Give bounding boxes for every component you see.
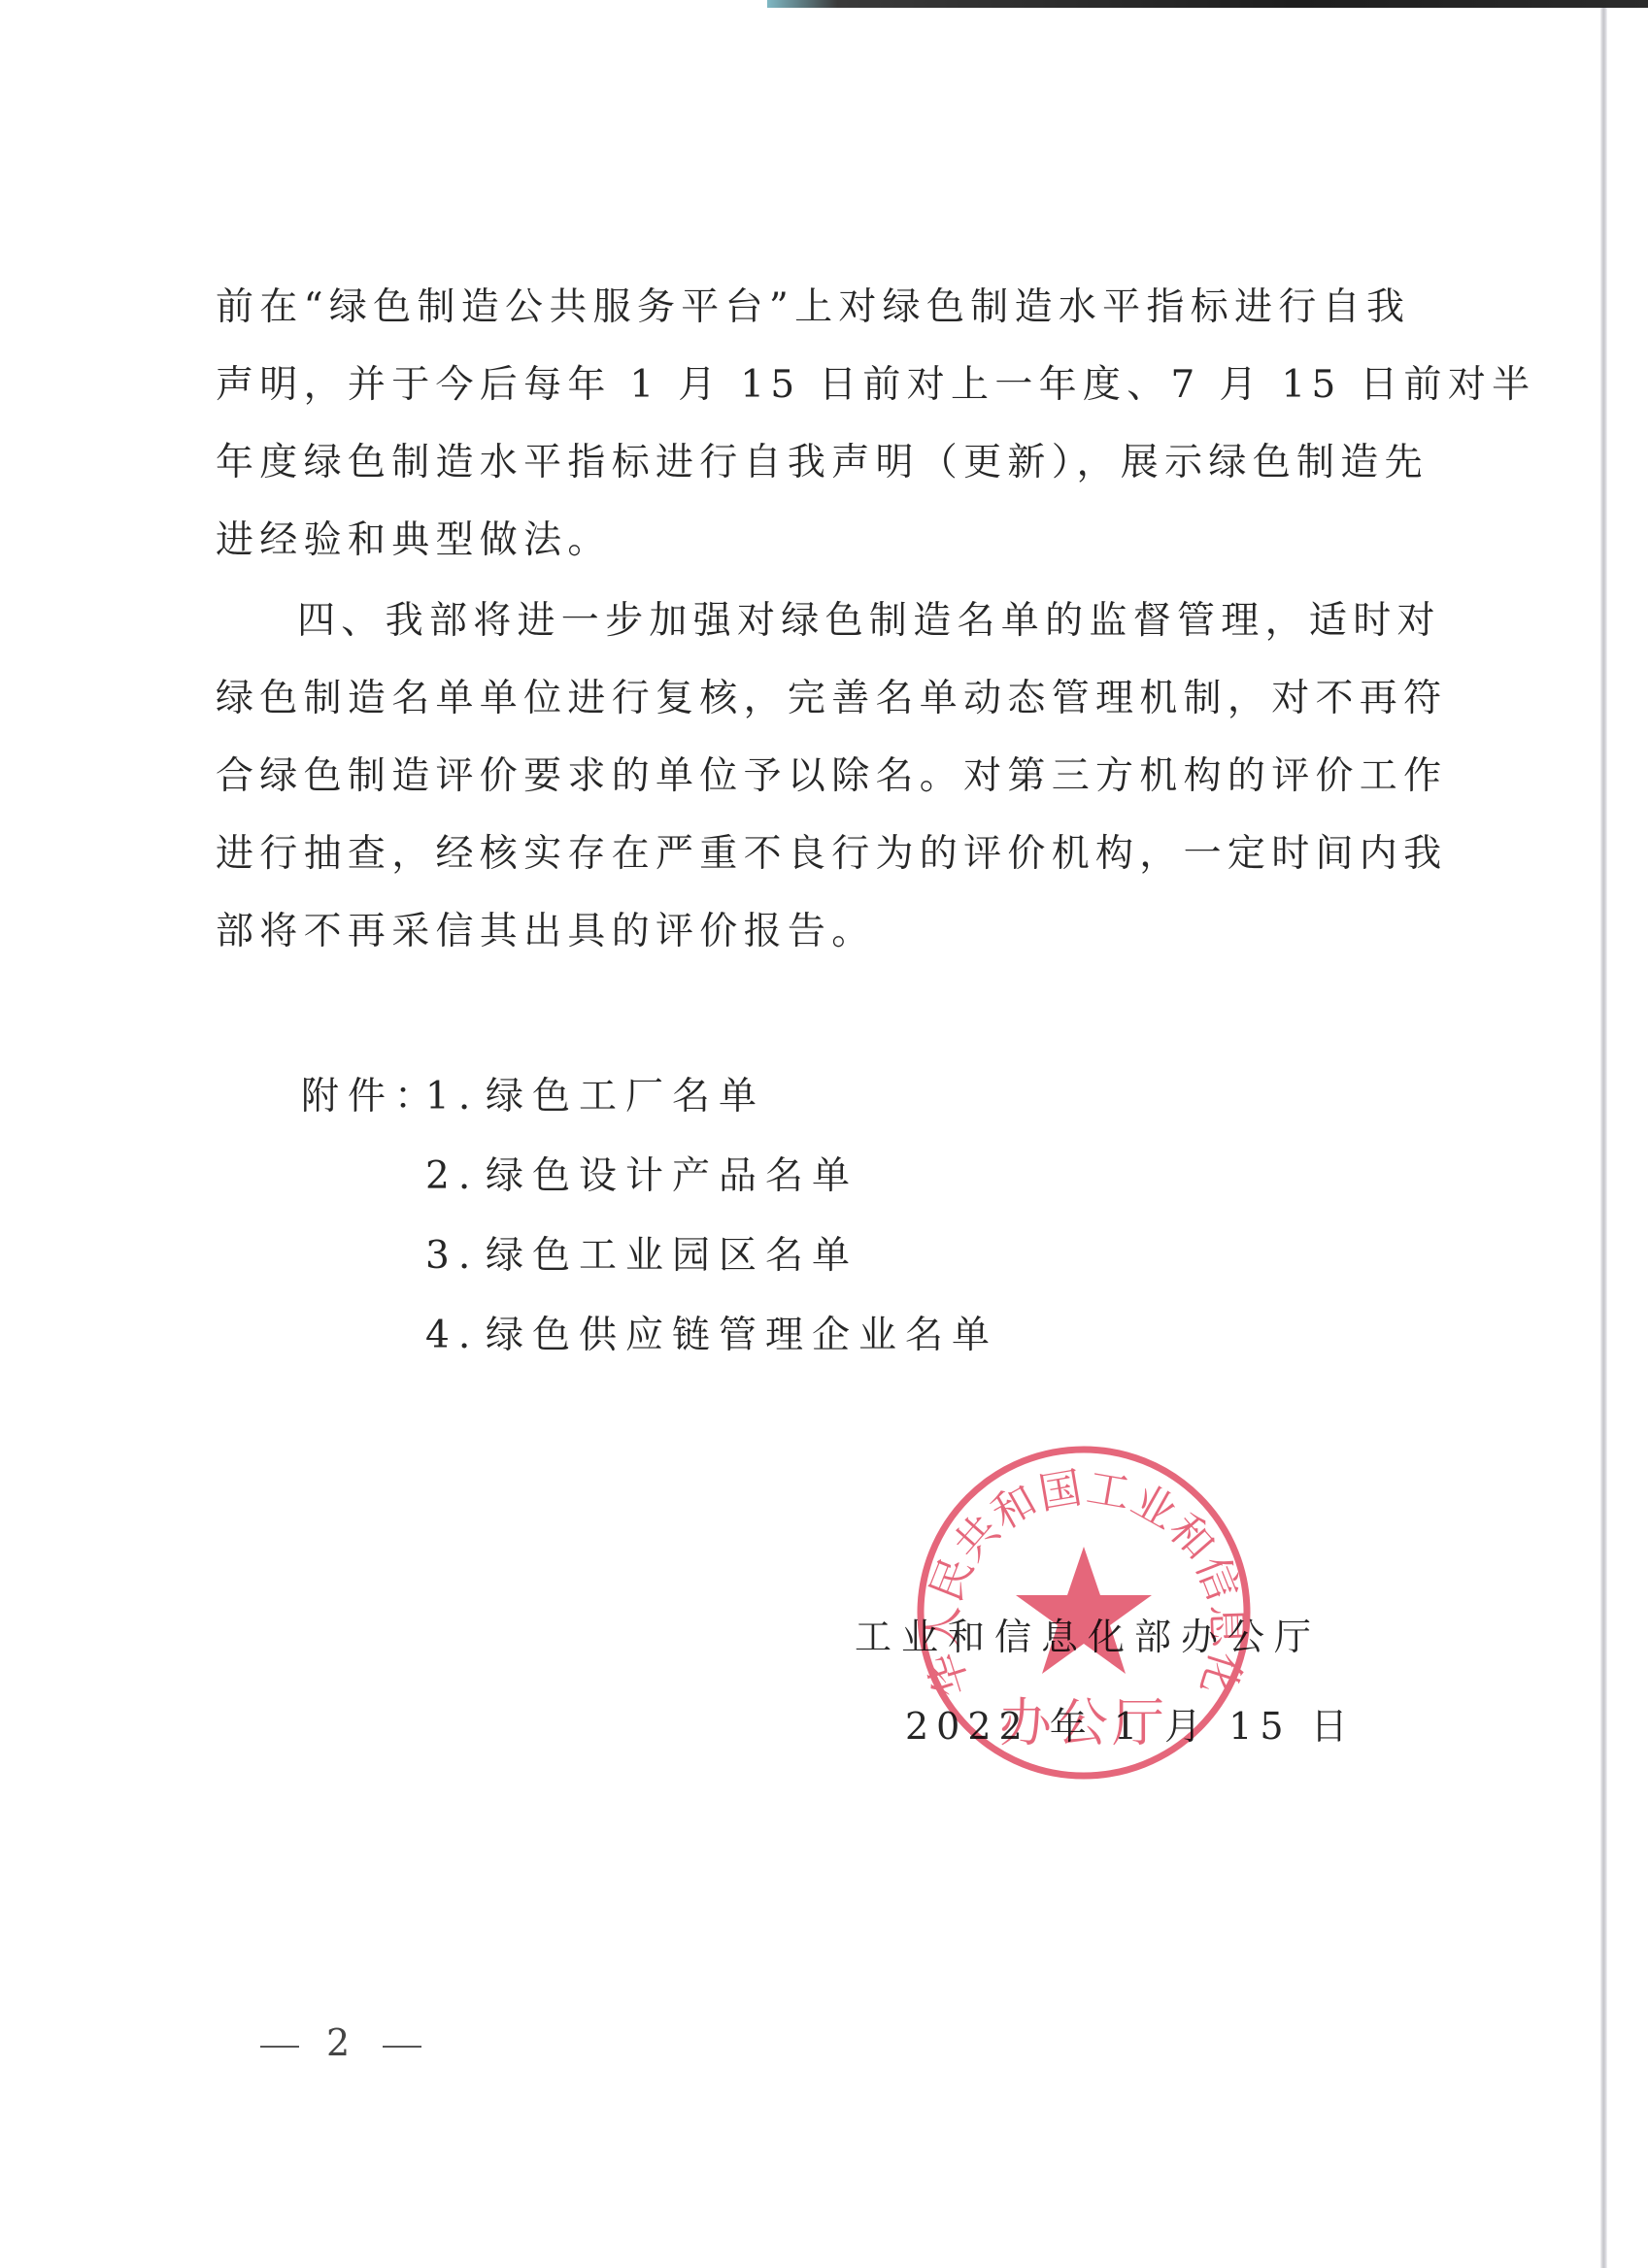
attachment-item: 2. 绿色设计产品名单 [301,1137,998,1217]
dash-left [260,2046,299,2048]
text-line: 绿色制造名单单位进行复核，完善名单动态管理机制，对不再符 [134,660,1410,738]
text-line: 前在“绿色制造公共服务平台”上对绿色制造水平指标进行自我 [216,269,1410,347]
attachment-title: 绿色工业园区名单 [486,1217,858,1296]
paragraph-section-four: 四、我部将进一步加强对绿色制造名单的监督管理，适时对 绿色制造名单单位进行复核，… [216,583,1410,971]
dash-right [383,2046,421,2048]
attachment-number: 3. [425,1217,486,1296]
text-line: 四、我部将进一步加强对绿色制造名单的监督管理，适时对 [216,583,1410,660]
text-line: 合绿色制造评价要求的单位予以除名。对第三方机构的评价工作 [134,738,1410,816]
attachment-number: 1. [425,1057,486,1137]
text-line: 部将不再采信其出具的评价报告。 [134,893,1410,971]
attachment-item: 4. 绿色供应链管理企业名单 [301,1296,998,1376]
star-icon [1016,1547,1152,1674]
page-number-footer: 2 [233,2021,449,2064]
attachment-title: 绿色设计产品名单 [486,1137,858,1217]
official-seal-icon: 中华人民共和国工业和信息化部 办公厅 [911,1440,1257,1785]
paragraph-continuation: 前在“绿色制造公共服务平台”上对绿色制造水平指标进行自我 声明，并于今后每年 1… [216,269,1410,580]
text-line: 年度绿色制造水平指标进行自我声明（更新），展示绿色制造先 [216,424,1410,502]
attachments-list: 附件： 1. 绿色工厂名单 2. 绿色设计产品名单 3. 绿色工业园区名单 4.… [301,1057,998,1376]
text-line: 声明，并于今后每年 1 月 15 日前对上一年度、7 月 15 日前对半 [216,347,1410,424]
attachment-number: 4. [425,1296,486,1376]
attachment-number: 2. [425,1137,486,1217]
attachment-title: 绿色工厂名单 [486,1057,765,1137]
text-line: 进经验和典型做法。 [216,502,1410,580]
attachment-title: 绿色供应链管理企业名单 [486,1296,998,1376]
document-page: 前在“绿色制造公共服务平台”上对绿色制造水平指标进行自我 声明，并于今后每年 1… [0,0,1648,2268]
attachment-item: 附件： 1. 绿色工厂名单 [301,1057,998,1137]
text-line: 进行抽查，经核实存在严重不良行为的评价机构，一定时间内我 [134,816,1410,893]
attachments-label: 附件： [301,1057,425,1137]
attachment-item: 3. 绿色工业园区名单 [301,1217,998,1296]
page-number: 2 [326,2021,355,2064]
seal-center-text: 办公厅 [999,1692,1168,1753]
